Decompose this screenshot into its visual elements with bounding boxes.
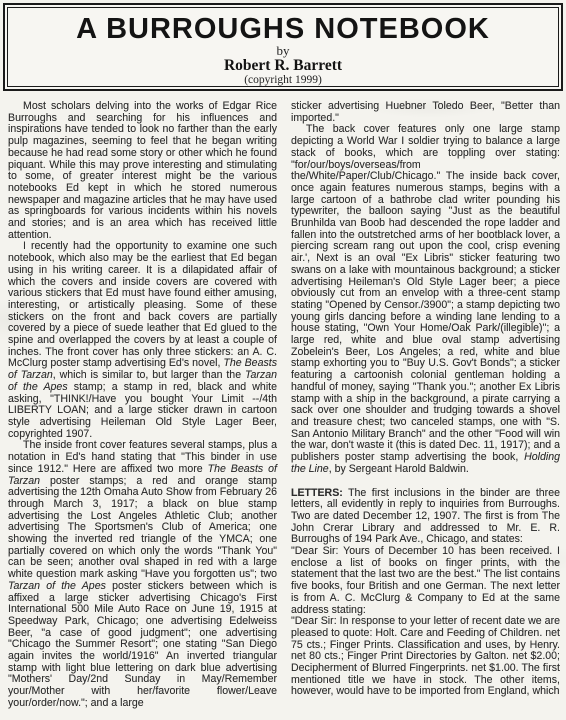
text-run: The back cover features only one large s… [291, 123, 560, 463]
copyright-notice: (copyright 1999) [8, 74, 558, 87]
text-run: "Dear Sir: In response to your letter of… [291, 615, 560, 697]
paragraph: Most scholars delving into the works of … [8, 101, 277, 241]
paragraph: LETTERS: The first inclusions in the bin… [291, 488, 560, 547]
text-run: Most scholars delving into the works of … [8, 101, 277, 241]
right-column: sticker advertising Huebner Toledo Beer,… [291, 101, 560, 720]
paragraph: The inside front cover features several … [8, 440, 277, 709]
author-name: Robert R. Barrett [8, 58, 558, 74]
paragraph: "Dear Sir: In response to your letter of… [291, 616, 560, 698]
paragraph: I recently had the opportunity to examin… [8, 241, 277, 440]
page: { "header": { "title": "A BURROUGHS NOTE… [0, 0, 566, 720]
left-column: Most scholars delving into the works of … [8, 101, 277, 720]
text-run: , which is similar to, but larger than t… [53, 369, 245, 381]
paragraph: The back cover features only one large s… [291, 124, 560, 475]
article-title: A BURROUGHS NOTEBOOK [8, 14, 558, 44]
section-label-text: LETTERS: [291, 487, 343, 499]
paragraph: sticker advertising Huebner Toledo Beer,… [291, 101, 560, 124]
book-title-text: Tarzan of the Apes [8, 580, 106, 592]
masthead-box: A BURROUGHS NOTEBOOK by Robert R. Barret… [3, 3, 563, 91]
text-run: sticker advertising Huebner Toledo Beer,… [291, 101, 560, 124]
article-body: Most scholars delving into the works of … [8, 101, 560, 720]
paragraph: "Dear Sir: Yours of December 10 has been… [291, 546, 560, 616]
text-run: I recently had the opportunity to examin… [8, 240, 277, 369]
text-run: poster stamps; a red and orange stamp ad… [8, 475, 277, 581]
text-run: poster stickers between which is affixed… [8, 580, 277, 709]
text-run: , by Sergeant Harold Baldwin. [329, 463, 469, 475]
masthead-inner-border: A BURROUGHS NOTEBOOK by Robert R. Barret… [7, 7, 559, 87]
byline: by [8, 44, 558, 58]
text-run: "Dear Sir: Yours of December 10 has been… [291, 545, 560, 616]
